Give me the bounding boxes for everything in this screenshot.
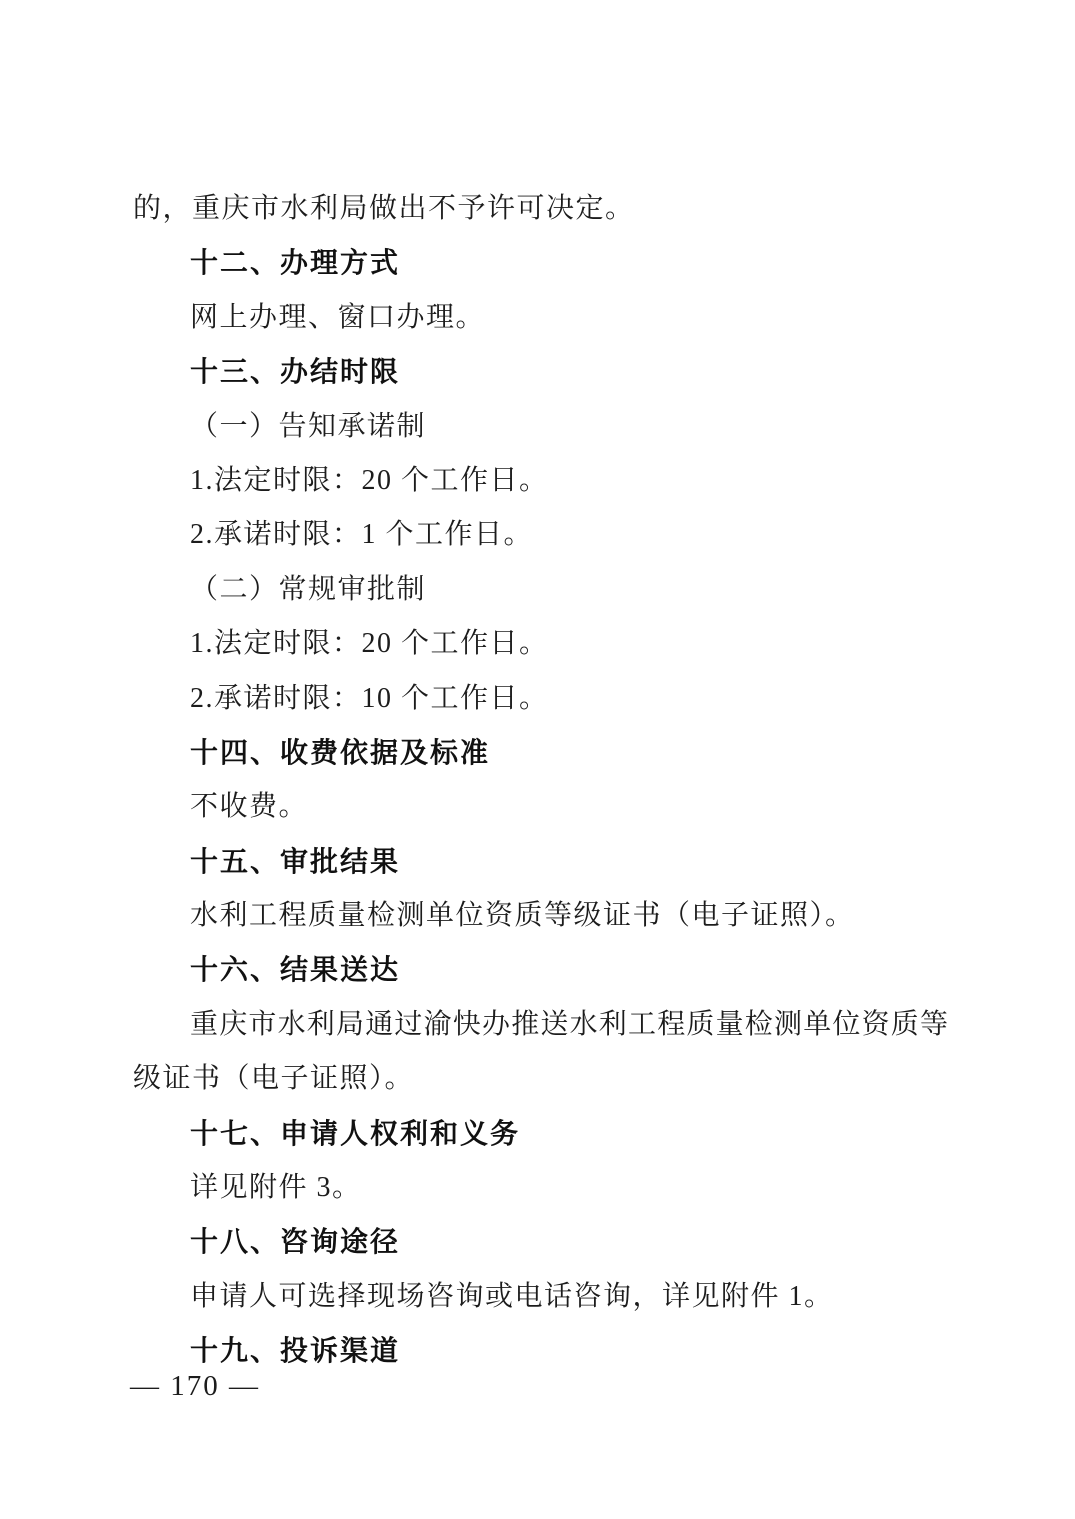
paragraph: 重庆市水利局通过渝快办推送水利工程质量检测单位资质等: [133, 998, 951, 1052]
document-body: 的，重庆市水利局做出不予许可决定。 十二、办理方式 网上办理、窗口办理。 十三、…: [133, 182, 951, 1379]
document-page: 的，重庆市水利局做出不予许可决定。 十二、办理方式 网上办理、窗口办理。 十三、…: [0, 0, 1075, 1519]
page-number: — 170 —: [130, 1366, 260, 1406]
paragraph: 不收费。: [133, 780, 951, 834]
paragraph: 水利工程质量检测单位资质等级证书（电子证照）。: [133, 889, 951, 943]
paragraph: 2.承诺时限：1 个工作日。: [133, 508, 951, 562]
section-heading: 十七、申请人权利和义务: [133, 1107, 951, 1161]
section-heading: 十四、收费依据及标准: [133, 726, 951, 780]
paragraph: （一）告知承诺制: [133, 400, 951, 454]
paragraph: （二）常规审批制: [133, 563, 951, 617]
paragraph: 申请人可选择现场咨询或电话咨询，详见附件 1。: [133, 1270, 951, 1324]
section-heading: 十二、办理方式: [133, 236, 951, 290]
paragraph: 的，重庆市水利局做出不予许可决定。: [133, 182, 951, 236]
section-heading: 十三、办结时限: [133, 345, 951, 399]
paragraph: 1.法定时限：20 个工作日。: [133, 617, 951, 671]
paragraph: 网上办理、窗口办理。: [133, 291, 951, 345]
section-heading: 十六、结果送达: [133, 943, 951, 997]
section-heading: 十八、咨询途径: [133, 1215, 951, 1269]
paragraph: 级证书（电子证照）。: [133, 1052, 951, 1106]
paragraph: 2.承诺时限：10 个工作日。: [133, 672, 951, 726]
paragraph: 1.法定时限：20 个工作日。: [133, 454, 951, 508]
paragraph: 详见附件 3。: [133, 1161, 951, 1215]
section-heading: 十五、审批结果: [133, 835, 951, 889]
